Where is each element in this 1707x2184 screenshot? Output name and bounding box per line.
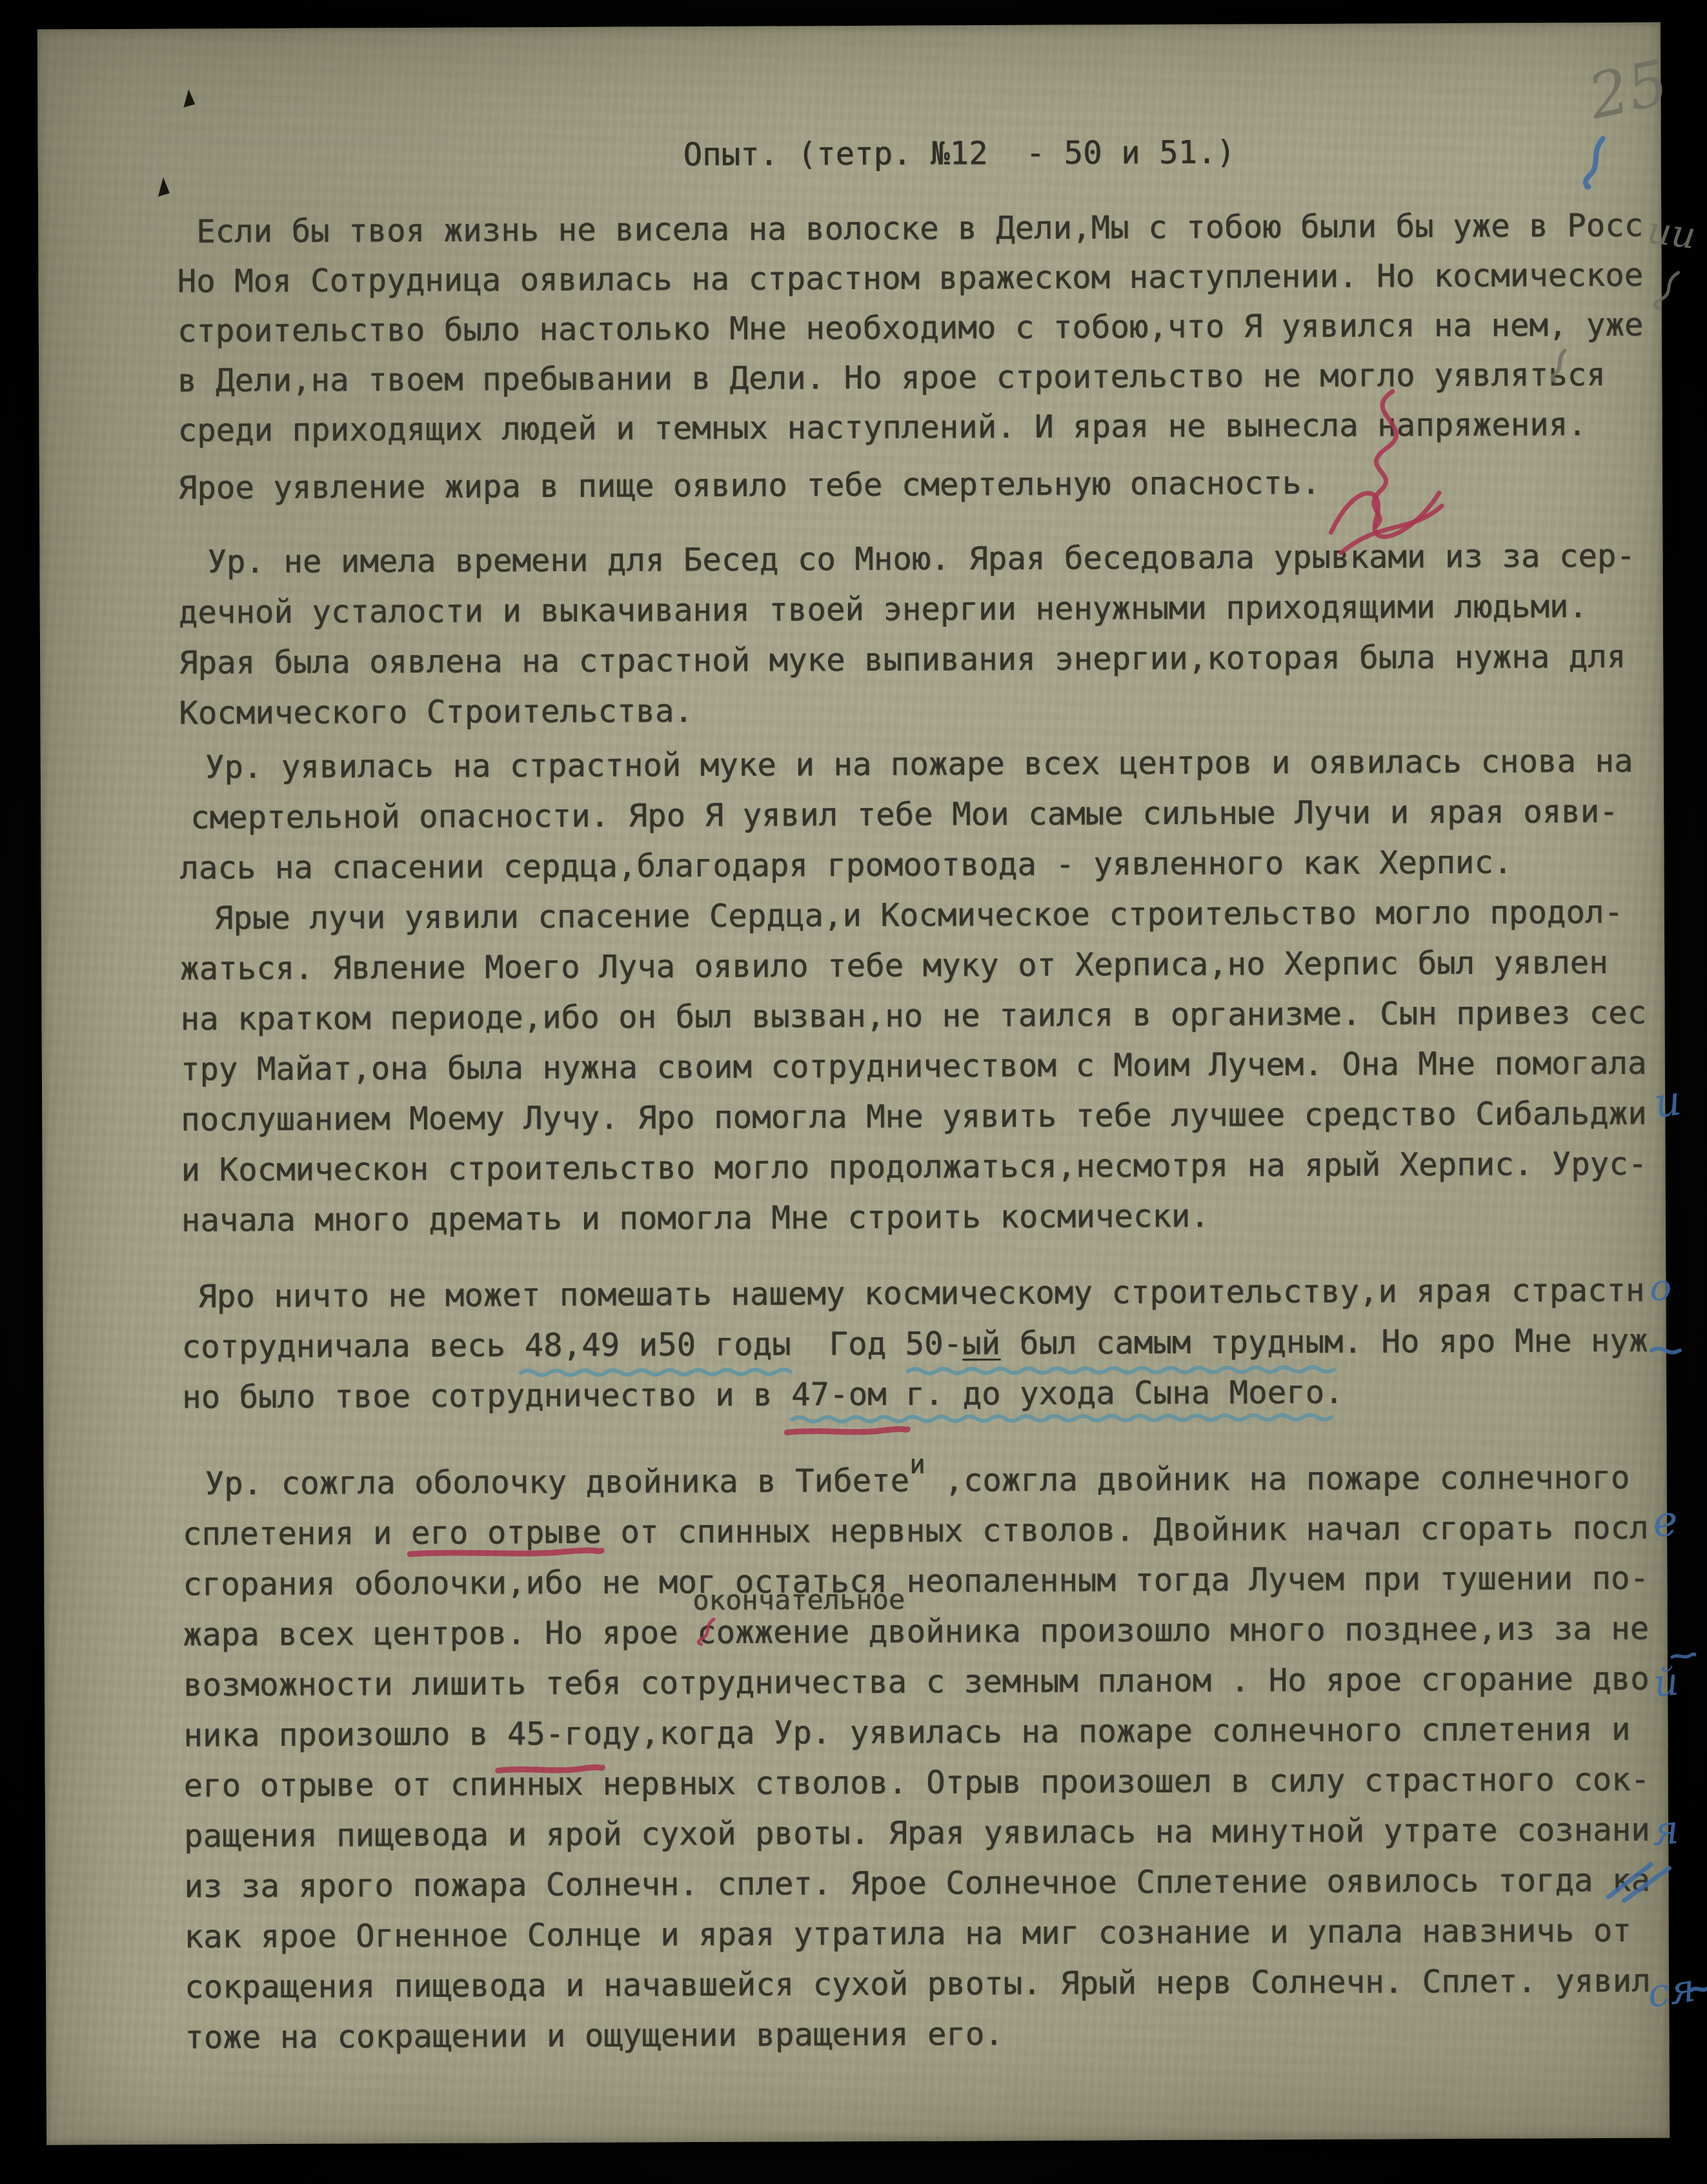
document-title: Опыт. (тетр. №12 - 50 и 51.) xyxy=(683,135,1236,173)
typed-text: возможности лишить тебя сотрудничества с… xyxy=(183,1661,1650,1704)
typed-line: жаться. Явление Моего Луча оявило тебе м… xyxy=(180,945,1608,987)
underline-otryve-red xyxy=(409,1548,602,1559)
hw-blue-ya: я xyxy=(1651,1810,1681,1852)
typed-text: Космического Строительства. xyxy=(179,693,693,731)
typed-line: начала много дремать и помогла Мне строи… xyxy=(181,1199,1209,1239)
hw-blue-o: о xyxy=(1650,1270,1672,1306)
hw-blue-sya: ся xyxy=(1645,1968,1697,2014)
typed-line: его отрыве от спинных нервных стволов. О… xyxy=(184,1763,1650,1805)
typed-line: сокращения пищевода и начавшейся сухой р… xyxy=(185,1964,1651,2006)
typed-text: Но Моя Сотрудница оявилась на страстном … xyxy=(177,257,1643,300)
typed-text: из за ярого пожара Солнечн. сплет. Ярое … xyxy=(184,1862,1650,1905)
red-overtype-s xyxy=(698,1618,717,1645)
underline-years-48-50 xyxy=(521,1367,792,1379)
underline-45-red xyxy=(497,1764,603,1775)
inserted-word: окончательное xyxy=(692,1584,905,1615)
typed-line: Если бы твоя жизнь не висела на волоске … xyxy=(196,208,1643,250)
typed-underlined: ый xyxy=(962,1325,1000,1362)
typed-text: Опыт. (тетр. №12 - 50 и 51.) xyxy=(683,134,1236,173)
scan-background: Опыт. (тетр. №12 - 50 и 51.)Если бы твоя… xyxy=(0,0,1707,2184)
typed-line: и Космическон строительство могло продол… xyxy=(181,1147,1647,1189)
typed-line: послушанием Моему Лучу. Яро помогла Мне … xyxy=(181,1097,1647,1138)
typed-text: как ярое Огненное Солнце и ярая утратила… xyxy=(185,1912,1631,1956)
hw-blue-dash-end xyxy=(1690,1984,1707,1994)
typed-text: сотрудничала весь 48,49 и50 годы Год 50- xyxy=(182,1325,963,1365)
typed-text: жаться. Явление Моего Луча оявило тебе м… xyxy=(180,944,1608,987)
typed-text: Ур. уявилась на страстной муке и на пожа… xyxy=(205,743,1633,786)
typed-text: сокращения пищевода и начавшейся сухой р… xyxy=(185,1963,1651,2006)
typed-text: тоже на сокращении и ощущении вращения е… xyxy=(185,2016,1004,2056)
typed-text: послушанием Моему Лучу. Яро помогла Мне … xyxy=(181,1095,1647,1138)
typed-text: Ярые лучи уявили спасение Сердца,и Косми… xyxy=(214,894,1623,937)
typed-line: тру Майат,она была нужна своим сотруднич… xyxy=(181,1046,1647,1088)
page-number-pencil: 25 xyxy=(1583,51,1673,128)
typed-text: его отрыве от спинных нервных стволов. О… xyxy=(184,1761,1650,1805)
typed-line: из за ярого пожара Солнечн. сплет. Ярое … xyxy=(184,1863,1650,1905)
typed-line: лась на спасении сердца,благодаря громоо… xyxy=(179,845,1512,887)
typed-line: Ярые лучи уявили спасение Сердца,и Косми… xyxy=(214,895,1623,936)
typed-line: сгорания оболочки,ибо не мог остаться не… xyxy=(183,1561,1649,1603)
hw-blue-j: й xyxy=(1651,1662,1681,1703)
typed-line: как ярое Огненное Солнце и ярая утратила… xyxy=(185,1914,1631,1956)
typed-text: ращения пищевода и ярой сухой рвоты. Яра… xyxy=(184,1812,1650,1855)
typed-line: на кратком периоде,ибо он был вызван,но … xyxy=(180,996,1646,1038)
pencil-comma-slash xyxy=(1551,349,1567,381)
underline-year-50-hardest xyxy=(908,1365,1347,1377)
typed-line: ращения пищевода и ярой сухой рвоты. Яра… xyxy=(184,1813,1650,1855)
typed-text: Ярая была оявлена на страстной муке выпи… xyxy=(179,638,1626,682)
paper-blot-left xyxy=(157,177,170,197)
blue-strike-ka xyxy=(1606,1861,1670,1901)
red-end-scribble xyxy=(1327,475,1444,557)
typed-text: Ур. сожгла оболочку двойника в Тибете xyxy=(205,1462,910,1502)
typed-text: и Космическон строительство могло продол… xyxy=(181,1146,1647,1189)
typed-line: Ярая была оявлена на страстной муке выпи… xyxy=(179,640,1626,682)
paper-blot-top xyxy=(182,89,195,107)
typed-superscript: и xyxy=(909,1449,925,1480)
typed-text: дечной усталости и выкачивания твоей эне… xyxy=(179,588,1588,631)
typed-line: Яро ничто не может помешать нашему косми… xyxy=(197,1273,1644,1315)
hw-blue-e: е xyxy=(1651,1499,1680,1544)
typed-line: Космического Строительства. xyxy=(179,694,693,731)
typed-text: на кратком периоде,ибо он был вызван,но … xyxy=(180,995,1646,1038)
typed-line: Ур. сожгла оболочку двойника в Тибетеи ,… xyxy=(205,1461,1630,1502)
typed-text: Яро ничто не может помешать нашему косми… xyxy=(197,1272,1644,1315)
hw-blue-hyphen xyxy=(1651,1346,1688,1355)
typed-text: окончательное xyxy=(692,1584,905,1616)
typed-line: Ярое уявление жира в пище оявило тебе см… xyxy=(178,466,1320,507)
pencil-flourish xyxy=(1653,271,1683,308)
typed-text: жара всех центров. Но ярое сожжение двой… xyxy=(183,1610,1650,1653)
typed-text: но было твое сотрудничество и в 47-ом г.… xyxy=(182,1374,1344,1416)
typed-line: Но Моя Сотрудница оявилась на страстном … xyxy=(177,258,1643,300)
typed-text: ,сожгла двойник на пожаре солнечного xyxy=(925,1459,1630,1499)
typed-line: сплетения и его отрыве от спинных нервны… xyxy=(183,1511,1649,1553)
typed-text: начала много дремать и помогла Мне строи… xyxy=(181,1198,1209,1239)
typed-text: Если бы твоя жизнь не висела на волоске … xyxy=(196,207,1643,250)
typed-text: тру Майат,она была нужна своим сотруднич… xyxy=(181,1045,1647,1088)
typed-line: тоже на сокращении и ощущении вращения е… xyxy=(185,2017,1004,2056)
blue-tick-mark xyxy=(1584,137,1606,188)
typed-line: строительство было настолько Мне необход… xyxy=(177,308,1644,350)
typed-line: жара всех центров. Но ярое сожжение двой… xyxy=(183,1612,1650,1653)
typed-line: Ур. уявилась на страстной муке и на пожа… xyxy=(205,744,1633,786)
underline-47-red xyxy=(785,1426,908,1437)
typed-text: ника произошло в 45-году,когда Ур. уявил… xyxy=(183,1711,1630,1754)
typed-text: лась на спасении сердца,благодаря громоо… xyxy=(179,844,1512,887)
typed-line: смертельной опасности. Яро Я уявил тебе … xyxy=(190,794,1619,836)
typed-line: возможности лишить тебя сотрудничества с… xyxy=(183,1662,1650,1704)
typed-line: но было твое сотрудничество и в 47-ом г.… xyxy=(182,1375,1344,1416)
typed-line: дечной усталости и выкачивания твоей эне… xyxy=(179,589,1588,631)
typed-line: сотрудничала весь 48,49 и50 годы Год 50-… xyxy=(182,1324,1648,1366)
typed-text: смертельной опасности. Яро Я уявил тебе … xyxy=(190,793,1619,836)
typed-line: ника произошло в 45-году,когда Ур. уявил… xyxy=(183,1712,1630,1754)
typed-text: был самым трудным. Но яро Мне нуж xyxy=(1000,1322,1648,1362)
hw-blue-i: и xyxy=(1651,1080,1684,1125)
paper: Опыт. (тетр. №12 - 50 и 51.)Если бы твоя… xyxy=(37,23,1670,2145)
typed-text: сплетения и его отрыве от спинных нервны… xyxy=(183,1510,1649,1553)
typed-text: Ярое уявление жира в пище оявило тебе см… xyxy=(178,465,1320,507)
typed-text: сгорания оболочки,ибо не мог остаться не… xyxy=(183,1560,1649,1603)
hw-russia-ending: ии xyxy=(1645,211,1698,255)
underline-47-teal xyxy=(792,1413,1340,1426)
typed-text: строительство было настолько Мне необход… xyxy=(177,307,1644,350)
